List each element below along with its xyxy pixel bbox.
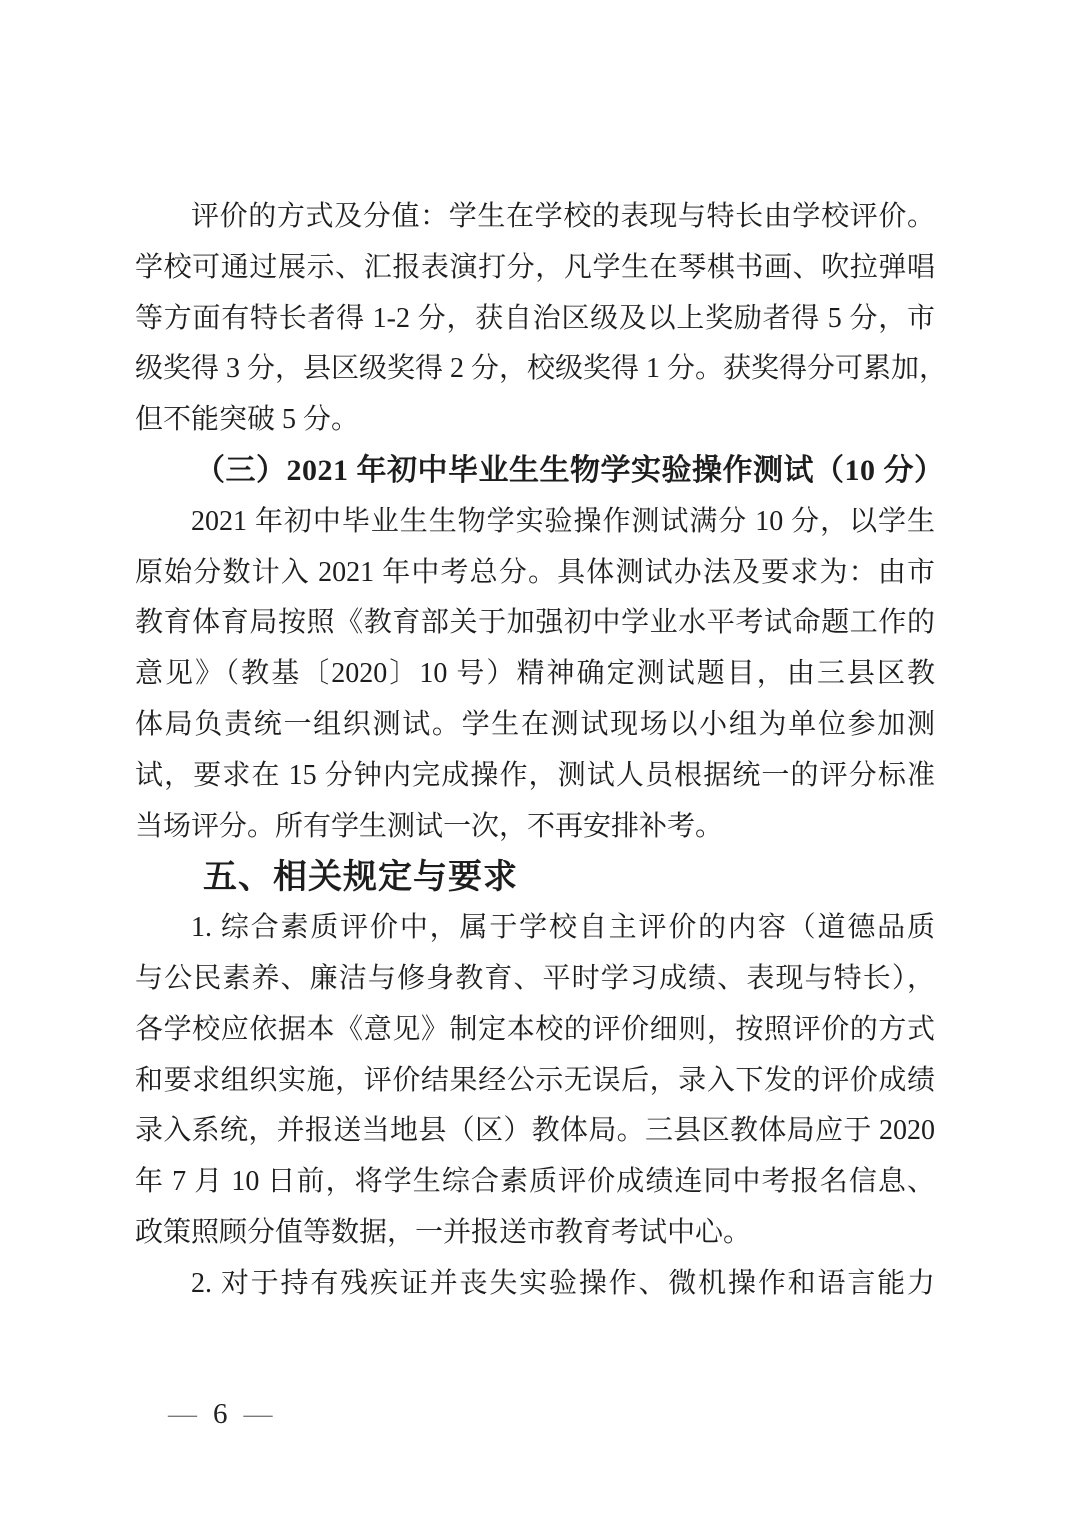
paragraph-regulation-item-1: 1. 综合素质评价中，属于学校自主评价的内容（道德品质与公民素养、廉洁与修身教育… bbox=[135, 903, 935, 1259]
paragraph-evaluation-method-line-3: 等方面有特长者得 1-2 分，获自治区级及以上奖励者得 5 分，市 bbox=[135, 294, 935, 345]
heading-section-five-regulations-line-1: 五、相关规定与要求 bbox=[135, 852, 935, 903]
paragraph-evaluation-method-line-4: 级奖得 3 分，县区级奖得 2 分，校级奖得 1 分。获奖得分可累加， bbox=[135, 344, 935, 395]
paragraph-biology-test-details-line-6: 试，要求在 15 分钟内完成操作，测试人员根据统一的评分标准 bbox=[135, 751, 935, 802]
footer-right-dash: — bbox=[244, 1398, 273, 1430]
paragraph-evaluation-method-line-5: 但不能突破 5 分。 bbox=[135, 395, 935, 446]
paragraph-regulation-item-1-line-5: 录入系统，并报送当地县（区）教体局。三县区教体局应于 2020 bbox=[135, 1106, 935, 1157]
paragraph-regulation-item-1-line-4: 和要求组织实施，评价结果经公示无误后，录入下发的评价成绩 bbox=[135, 1056, 935, 1107]
page-number: 6 bbox=[213, 1398, 228, 1431]
paragraph-evaluation-method-line-2: 学校可通过展示、汇报表演打分，凡学生在琴棋书画、吹拉弹唱 bbox=[135, 243, 935, 294]
paragraph-evaluation-method-line-1: 评价的方式及分值：学生在学校的表现与特长由学校评价。 bbox=[135, 192, 935, 243]
paragraph-evaluation-method: 评价的方式及分值：学生在学校的表现与特长由学校评价。学校可通过展示、汇报表演打分… bbox=[135, 192, 935, 446]
paragraph-biology-test-details-line-7: 当场评分。所有学生测试一次，不再安排补考。 bbox=[135, 802, 935, 853]
paragraph-biology-test-details-line-4: 意见》（教基〔2020〕10 号）精神确定测试题目，由三县区教 bbox=[135, 649, 935, 700]
heading-section-three-biology-test-line-1: （三）2021 年初中毕业生生物学实验操作测试（10 分） bbox=[135, 446, 935, 497]
paragraph-regulation-item-2: 2. 对于持有残疾证并丧失实验操作、微机操作和语言能力 bbox=[135, 1259, 935, 1310]
paragraph-biology-test-details: 2021 年初中毕业生生物学实验操作测试满分 10 分，以学生原始分数计入 20… bbox=[135, 497, 935, 853]
document-page: 评价的方式及分值：学生在学校的表现与特长由学校评价。学校可通过展示、汇报表演打分… bbox=[0, 0, 1074, 1520]
paragraph-biology-test-details-line-3: 教育体育局按照《教育部关于加强初中学业水平考试命题工作的 bbox=[135, 598, 935, 649]
footer-left-dash: — bbox=[168, 1398, 197, 1430]
paragraph-biology-test-details-line-1: 2021 年初中毕业生生物学实验操作测试满分 10 分，以学生 bbox=[135, 497, 935, 548]
paragraph-biology-test-details-line-2: 原始分数计入 2021 年中考总分。具体测试办法及要求为：由市 bbox=[135, 548, 935, 599]
paragraph-regulation-item-1-line-1: 1. 综合素质评价中，属于学校自主评价的内容（道德品质 bbox=[135, 903, 935, 954]
paragraph-regulation-item-1-line-3: 各学校应依据本《意见》制定本校的评价细则，按照评价的方式 bbox=[135, 1005, 935, 1056]
page-footer: —6— bbox=[168, 1398, 273, 1431]
heading-section-three-biology-test: （三）2021 年初中毕业生生物学实验操作测试（10 分） bbox=[135, 446, 935, 497]
heading-section-five-regulations: 五、相关规定与要求 bbox=[135, 852, 935, 903]
paragraph-regulation-item-1-line-7: 政策照顾分值等数据，一并报送市教育考试中心。 bbox=[135, 1208, 935, 1259]
paragraph-regulation-item-1-line-2: 与公民素养、廉洁与修身教育、平时学习成绩、表现与特长）， bbox=[135, 954, 935, 1005]
document-content: 评价的方式及分值：学生在学校的表现与特长由学校评价。学校可通过展示、汇报表演打分… bbox=[135, 192, 935, 1310]
paragraph-regulation-item-1-line-6: 年 7 月 10 日前，将学生综合素质评价成绩连同中考报名信息、 bbox=[135, 1157, 935, 1208]
paragraph-regulation-item-2-line-1: 2. 对于持有残疾证并丧失实验操作、微机操作和语言能力 bbox=[135, 1259, 935, 1310]
paragraph-biology-test-details-line-5: 体局负责统一组织测试。学生在测试现场以小组为单位参加测 bbox=[135, 700, 935, 751]
